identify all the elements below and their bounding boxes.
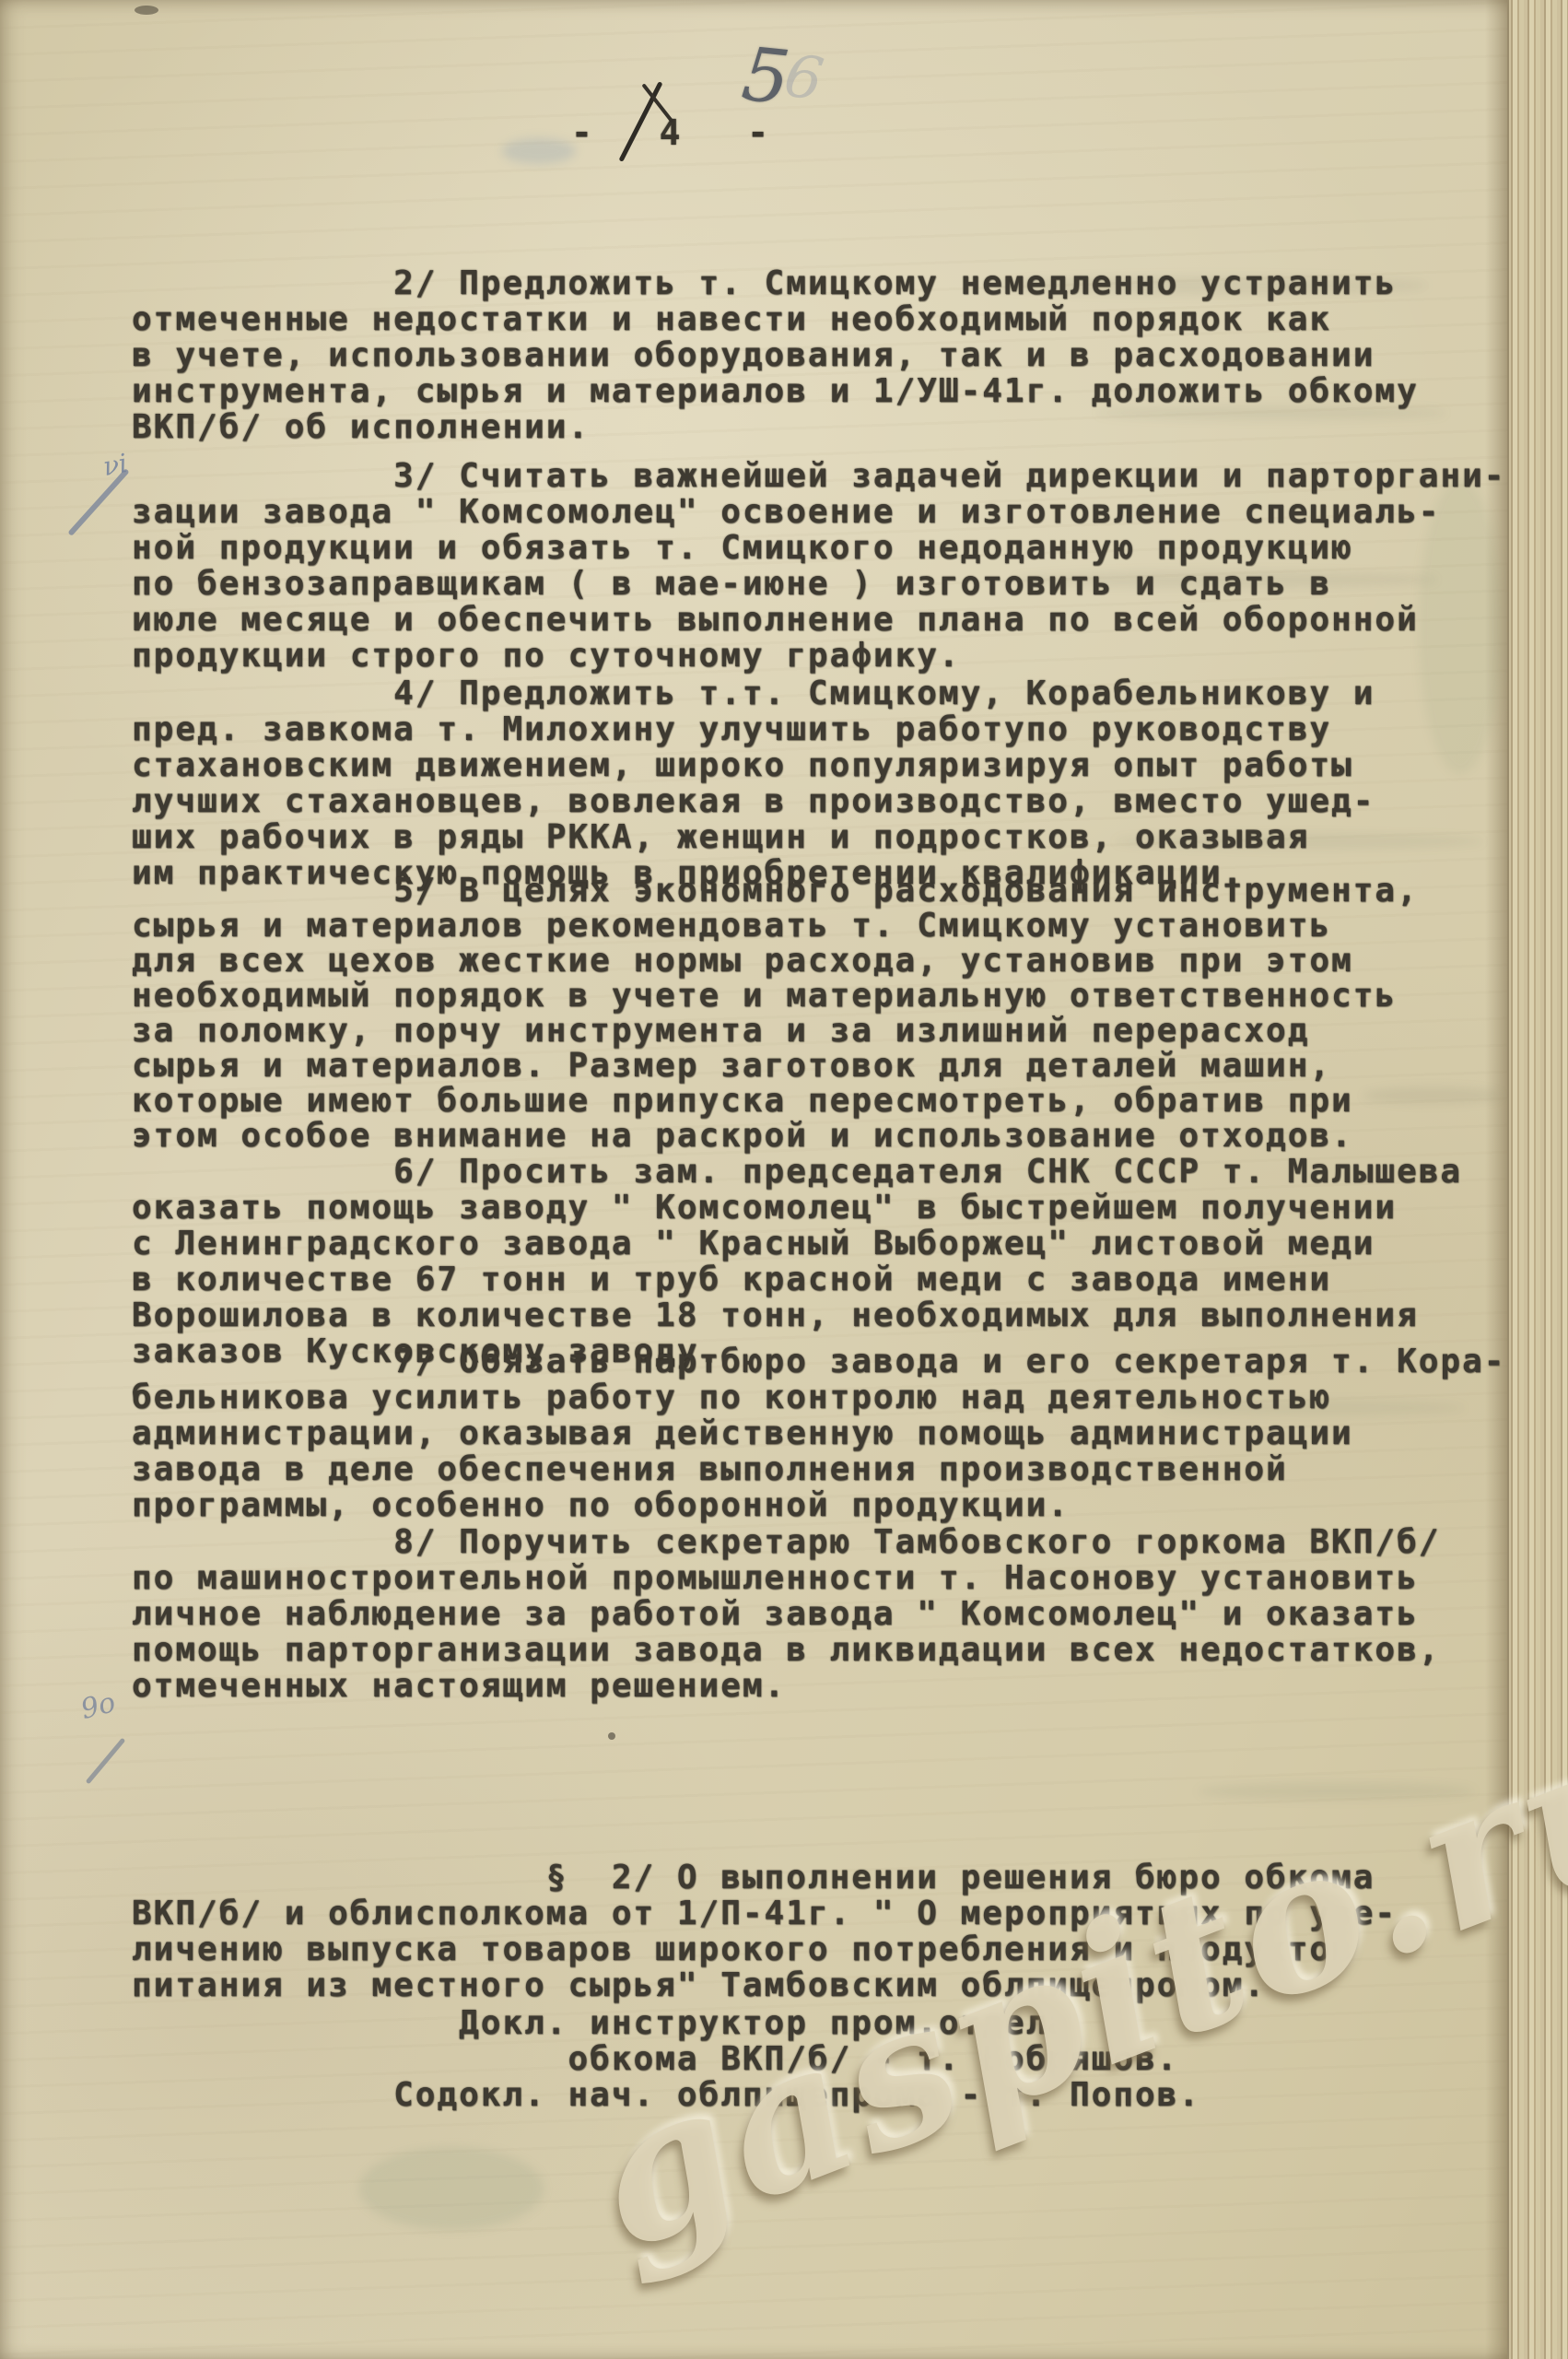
text-line: 7/ Обязать партбюро завода и его секрета… — [132, 1344, 1505, 1379]
text-line: отмеченные недостатки и навести необходи… — [132, 301, 1419, 337]
text-line: пред. завкома т. Милохину улучшить работ… — [132, 711, 1375, 747]
text-line: стахановским движением, широко популяриз… — [132, 747, 1375, 783]
blue-smear — [502, 138, 576, 164]
text-line: ших рабочих в ряды РККА, женщин и подрос… — [132, 819, 1375, 855]
text-line: 5/ В целях экономного расходования инстр… — [132, 874, 1419, 909]
ink-speck — [135, 6, 158, 15]
text-line: Ворошилова в количестве 18 тонн, необход… — [132, 1297, 1462, 1333]
text-line: отмеченных настоящим решением. — [132, 1668, 1440, 1704]
text-line: этом особое внимание на раскрой и исполь… — [132, 1119, 1419, 1154]
scanned-document-page: { "page": { "header": { "page_number_tex… — [0, 0, 1568, 2359]
ink-speck — [608, 1732, 615, 1740]
text-line: лучших стахановцев, вовлекая в производс… — [132, 783, 1375, 819]
text-line: для всех цехов жесткие нормы расхода, ус… — [132, 944, 1419, 979]
text-line: за поломку, порчу инструмента и за излиш… — [132, 1014, 1419, 1049]
page-number: - 4 - — [571, 112, 777, 153]
text-line: программы, особенно по оборонной продукц… — [132, 1487, 1505, 1523]
green-stain — [359, 2147, 544, 2230]
text-line: по бензозаправщикам ( в мае-июне ) изгот… — [132, 566, 1505, 602]
text-line: необходимый порядок в учете и материальн… — [132, 979, 1419, 1014]
text-line: 2/ Предложить т. Смицкому немедленно уст… — [132, 265, 1419, 301]
text-line: в количестве 67 тонн и труб красной меди… — [132, 1262, 1462, 1297]
text-line: 6/ Просить зам. председателя СНК СССР т.… — [132, 1154, 1462, 1190]
text-line: администрации, оказывая действенную помо… — [132, 1415, 1505, 1451]
text-line: 3/ Считать важнейшей задачей дирекции и … — [132, 458, 1505, 494]
text-line: сырья и материалов. Размер заготовок для… — [132, 1049, 1419, 1084]
resolution-item-2: 2/ Предложить т. Смицкому немедленно уст… — [132, 265, 1419, 445]
resolution-item-5: 5/ В целях экономного расходования инстр… — [132, 874, 1419, 1154]
text-line: помощь парторганизации завода в ликвидац… — [132, 1632, 1440, 1668]
text-line: бельникова усилить работу по контролю на… — [132, 1379, 1505, 1415]
text-line: с Ленинградского завода " Красный Выборж… — [132, 1226, 1462, 1262]
resolution-item-4: 4/ Предложить т.т. Смицкому, Корабельник… — [132, 675, 1375, 891]
stacked-pages-edge — [1507, 0, 1568, 2359]
text-line: по машиностроительной промышленности т. … — [132, 1560, 1440, 1596]
text-line: в учете, использовании оборудования, так… — [132, 337, 1419, 373]
text-line: ВКП/б/ об исполнении. — [132, 409, 1419, 445]
page-edge-shadow — [1485, 0, 1507, 2359]
text-line: июле месяце и обеспечить выполнение план… — [132, 602, 1505, 638]
text-line: 4/ Предложить т.т. Смицкому, Корабельник… — [132, 675, 1375, 711]
text-line: сырья и материалов рекомендовать т. Смиц… — [132, 909, 1419, 944]
margin-scribble: νi — [100, 448, 129, 482]
text-line: завода в деле обеспечения выполнения про… — [132, 1451, 1505, 1487]
text-line: 8/ Поручить секретарю Тамбовского горком… — [132, 1524, 1440, 1560]
text-line: зации завода " Комсомолец" освоение и из… — [132, 494, 1505, 530]
resolution-item-7: 7/ Обязать партбюро завода и его секрета… — [132, 1344, 1505, 1523]
text-line: личное наблюдение за работой завода " Ко… — [132, 1596, 1440, 1632]
text-line: ной продукции и обязать т. Смицкого недо… — [132, 530, 1505, 566]
handwritten-page-number: 5 — [738, 31, 793, 122]
resolution-item-3: 3/ Считать важнейшей задачей дирекции и … — [132, 458, 1505, 674]
text-line: продукции строго по суточному графику. — [132, 638, 1505, 674]
resolution-item-8: 8/ Поручить секретарю Тамбовского горком… — [132, 1524, 1440, 1704]
text-line: оказать помощь заводу " Комсомолец" в бы… — [132, 1190, 1462, 1226]
resolution-item-6: 6/ Просить зам. председателя СНК СССР т.… — [132, 1154, 1462, 1369]
text-line: которые имеют большие припуска пересмотр… — [132, 1084, 1419, 1119]
text-line: инструмента, сырья и материалов и 1/УШ-4… — [132, 373, 1419, 409]
